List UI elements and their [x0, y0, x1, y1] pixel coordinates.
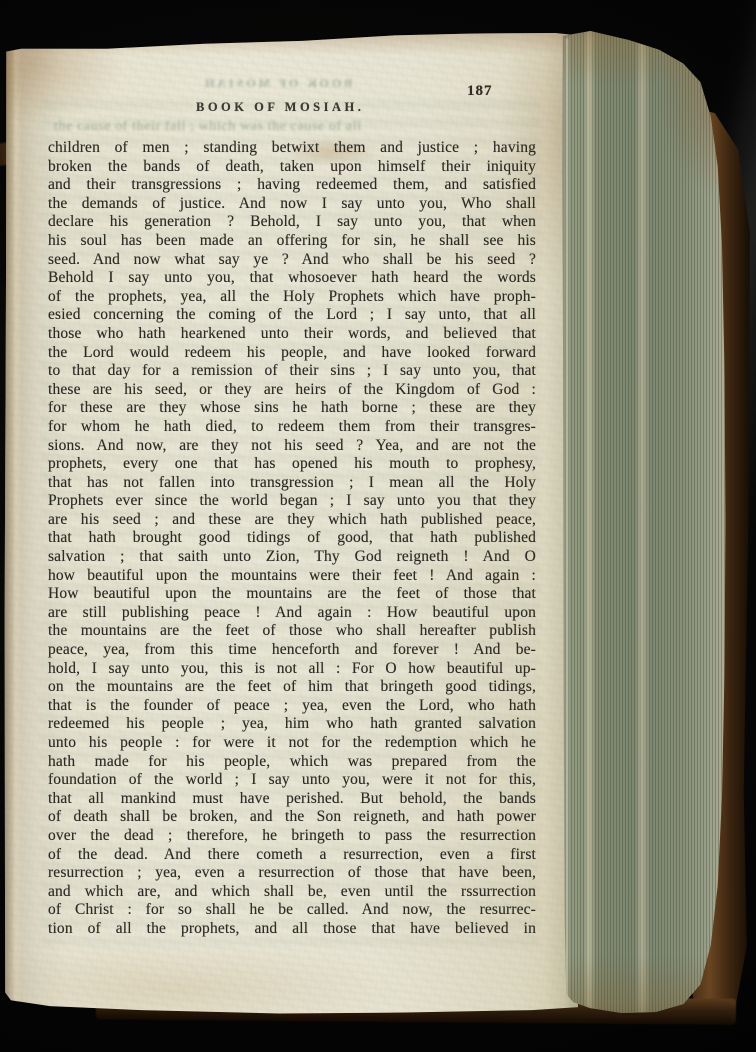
- body-text-line: his soul has been made an offering for s…: [48, 232, 536, 251]
- body-text-line: for whom he hath died, to redeem them fr…: [48, 418, 536, 437]
- body-text-line: children of men ; standing betwixt them …: [48, 139, 536, 158]
- body-text-line: foundation of the world ; I say unto you…: [48, 771, 536, 790]
- body-text-line: salvation ; that saith unto Zion, Thy Go…: [48, 548, 536, 567]
- body-text-line: Prophets ever since the world began ; I …: [48, 492, 536, 511]
- body-text-line: and which are, and which shall be, even …: [48, 883, 536, 902]
- body-text-line: on the mountains are the feet of him tha…: [48, 678, 536, 697]
- body-text-line: of the prophets, yea, all the Holy Proph…: [48, 288, 536, 307]
- showthrough-header-text: BOOK OF MOSIAH: [202, 76, 352, 91]
- body-text-line: of the dead. And there cometh a resurrec…: [48, 846, 536, 865]
- body-text-line: of death shall be broken, and the Son re…: [48, 808, 536, 827]
- body-text-line: broken the bands of death, taken upon hi…: [48, 158, 536, 177]
- body-text-line: unto his people : for were it not for th…: [48, 734, 536, 753]
- body-text: children of men ; standing betwixt them …: [48, 139, 536, 939]
- body-text-line: those who hath hearkened unto their word…: [48, 325, 536, 344]
- body-text-line: these are his seed, or they are heirs of…: [48, 381, 536, 400]
- showthrough-body-line: the cause of their fall ; which was the …: [54, 119, 506, 135]
- body-text-line: redeemed his people ; yea, him who hath …: [48, 715, 536, 734]
- body-text-line: how beautiful upon the mountains were th…: [48, 567, 536, 586]
- body-text-line: are still publishing peace ! And again :…: [48, 604, 536, 623]
- body-text-line: sions. And now, are they not his seed ? …: [48, 437, 536, 456]
- body-text-line: peace, yea, from this time henceforth an…: [48, 641, 536, 660]
- body-text-line: that all mankind must have perished. But…: [48, 790, 536, 809]
- fore-edge-highlight: [566, 38, 568, 1004]
- body-text-line: hath made for his people, which was prep…: [48, 753, 536, 772]
- body-text-line: tion of all the prophets, and all those …: [48, 920, 536, 939]
- body-text-line: the demands of justice. And now I say un…: [48, 195, 536, 214]
- body-text-line: that hath brought good tidings of good, …: [48, 529, 536, 548]
- body-text-line: esied concerning the coming of the Lord …: [48, 306, 536, 325]
- page-number: 187: [467, 83, 493, 100]
- book-scan: BOOK OF MOSIAH BOOK OF MOSIAH. 187 the c…: [0, 0, 756, 1052]
- body-text-line: declare his generation ? Behold, I say u…: [48, 213, 536, 232]
- body-text-line: over the dead ; therefore, he bringeth t…: [48, 827, 536, 846]
- running-header-title: BOOK OF MOSIAH.: [196, 100, 364, 115]
- body-text-line: the Lord would redeem his people, and ha…: [48, 344, 536, 363]
- body-text-line: for these are they whose sins he hath bo…: [48, 399, 536, 418]
- body-text-line: are his seed ; and these are they which …: [48, 511, 536, 530]
- body-text-line: and their transgressions ; having redeem…: [48, 176, 536, 195]
- body-text-line: How beautiful upon the mountains are the…: [48, 585, 536, 604]
- body-text-line: to that day for a remission of their sin…: [48, 362, 536, 381]
- body-text-line: the mountains are the feet of those who …: [48, 622, 536, 641]
- page-stack-fore-edge: [556, 28, 728, 1014]
- body-text-line: prophets, every one that has opened his …: [48, 455, 536, 474]
- body-text-line: Behold I say unto you, that whosoever ha…: [48, 269, 536, 288]
- body-text-line: hold, I say unto you, this is not all : …: [48, 660, 536, 679]
- body-text-line: that is the founder of peace ; yea, even…: [48, 697, 536, 716]
- body-text-line: that has not fallen into transgression ;…: [48, 474, 536, 493]
- body-text-line: resurrection ; yea, even a resurrection …: [48, 864, 536, 883]
- body-text-line: seed. And now what say ye ? And who shal…: [48, 251, 536, 270]
- body-text-line: of Christ : for so shall he be called. A…: [48, 901, 536, 920]
